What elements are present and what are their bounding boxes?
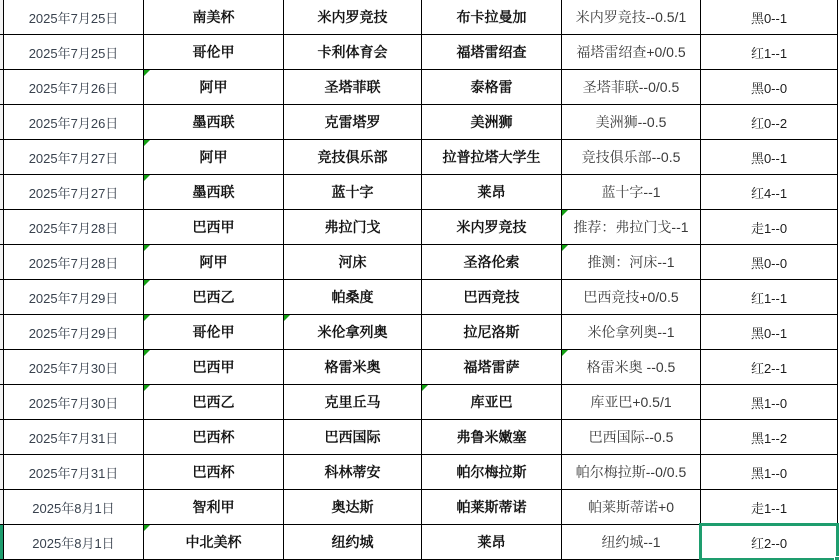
cell-home[interactable]: 卡利体育会 bbox=[284, 35, 422, 69]
cell-handicap[interactable]: 竞技俱乐部--0.5 bbox=[562, 140, 701, 174]
cell-date[interactable]: 2025年7月27日 bbox=[4, 140, 144, 174]
cell-date[interactable]: 2025年7月25日 bbox=[4, 0, 144, 34]
cell-home[interactable]: 弗拉门戈 bbox=[284, 210, 422, 244]
table-row: 2025年7月28日巴西甲弗拉门戈米内罗竞技推荐：弗拉门戈--1走1--0 bbox=[0, 210, 838, 245]
cell-away[interactable]: 帕尔梅拉斯 bbox=[422, 455, 562, 489]
cell-league[interactable]: 南美杯 bbox=[144, 0, 284, 34]
comment-marker-icon bbox=[562, 245, 568, 251]
cell-handicap[interactable]: 福塔雷绍查+0/0.5 bbox=[562, 35, 701, 69]
cell-league[interactable]: 巴西杯 bbox=[144, 420, 284, 454]
table-row: 2025年7月29日哥伦甲米伦拿列奥拉尼洛斯米伦拿列奥--1黑0--1 bbox=[0, 315, 838, 350]
cell-date[interactable]: 2025年7月30日 bbox=[4, 385, 144, 419]
cell-away[interactable]: 弗鲁米嫩塞 bbox=[422, 420, 562, 454]
cell-handicap[interactable]: 美洲狮--0.5 bbox=[562, 105, 701, 139]
comment-marker-icon bbox=[144, 175, 150, 181]
cell-home[interactable]: 科林蒂安 bbox=[284, 455, 422, 489]
table-row: 2025年7月27日阿甲竞技俱乐部拉普拉塔大学生竞技俱乐部--0.5黑0--1 bbox=[0, 140, 838, 175]
cell-handicap[interactable]: 格雷米奥 --0.5 bbox=[562, 350, 701, 384]
comment-marker-icon bbox=[144, 140, 150, 146]
cell-handicap[interactable]: 帕莱斯蒂诺+0 bbox=[562, 490, 701, 524]
cell-date[interactable]: 2025年7月25日 bbox=[4, 35, 144, 69]
cell-result[interactable]: 红4--1 bbox=[701, 175, 838, 209]
cell-result[interactable]: 红1--1 bbox=[701, 280, 838, 314]
table-row: 2025年7月30日巴西甲格雷米奥福塔雷萨格雷米奥 --0.5红2--1 bbox=[0, 350, 838, 385]
comment-marker-icon bbox=[422, 385, 428, 391]
cell-away[interactable]: 拉尼洛斯 bbox=[422, 315, 562, 349]
cell-league[interactable]: 阿甲 bbox=[144, 70, 284, 104]
cell-handicap[interactable]: 蓝十字--1 bbox=[562, 175, 701, 209]
table-row: 2025年8月1日中北美杯纽约城莱昂纽约城--1红2--0 bbox=[0, 525, 838, 560]
cell-league[interactable]: 智利甲 bbox=[144, 490, 284, 524]
cell-handicap[interactable]: 帕尔梅拉斯--0/0.5 bbox=[562, 455, 701, 489]
table-row: 2025年8月1日智利甲奥达斯帕莱斯蒂诺帕莱斯蒂诺+0走1--1 bbox=[0, 490, 838, 525]
cell-away[interactable]: 莱昂 bbox=[422, 525, 562, 559]
cell-result[interactable]: 红2--0 bbox=[701, 525, 838, 559]
table-row: 2025年7月25日哥伦甲卡利体育会福塔雷绍查福塔雷绍查+0/0.5红1--1 bbox=[0, 35, 838, 70]
cell-result[interactable]: 红1--1 bbox=[701, 35, 838, 69]
cell-date[interactable]: 2025年7月31日 bbox=[4, 455, 144, 489]
cell-result[interactable]: 黑0--1 bbox=[701, 0, 838, 34]
comment-marker-icon bbox=[144, 70, 150, 76]
cell-date[interactable]: 2025年8月1日 bbox=[4, 490, 144, 524]
cell-handicap[interactable]: 纽约城--1 bbox=[562, 525, 701, 559]
cell-handicap[interactable]: 巴西国际--0.5 bbox=[562, 420, 701, 454]
cell-away[interactable]: 泰格雷 bbox=[422, 70, 562, 104]
cell-away[interactable]: 福塔雷萨 bbox=[422, 350, 562, 384]
cell-result[interactable]: 黑0--0 bbox=[701, 245, 838, 279]
comment-marker-icon bbox=[284, 315, 290, 321]
cell-result[interactable]: 黑1--0 bbox=[701, 385, 838, 419]
cell-result[interactable]: 黑0--0 bbox=[701, 70, 838, 104]
cell-handicap[interactable]: 巴西竞技+0/0.5 bbox=[562, 280, 701, 314]
cell-league[interactable]: 巴西甲 bbox=[144, 350, 284, 384]
cell-result[interactable]: 走1--0 bbox=[701, 210, 838, 244]
table-row: 2025年7月25日南美杯米内罗竞技布卡拉曼加米内罗竞技--0.5/1黑0--1 bbox=[0, 0, 838, 35]
cell-result[interactable]: 黑0--1 bbox=[701, 140, 838, 174]
cell-handicap[interactable]: 米伦拿列奥--1 bbox=[562, 315, 701, 349]
cell-home[interactable]: 蓝十字 bbox=[284, 175, 422, 209]
table-row: 2025年7月29日巴西乙帕桑度巴西竞技巴西竞技+0/0.5红1--1 bbox=[0, 280, 838, 315]
active-cell-selection-border bbox=[699, 523, 839, 560]
cell-away[interactable]: 拉普拉塔大学生 bbox=[422, 140, 562, 174]
cell-home[interactable]: 奥达斯 bbox=[284, 490, 422, 524]
cell-date[interactable]: 2025年7月29日 bbox=[4, 280, 144, 314]
cell-home[interactable]: 河床 bbox=[284, 245, 422, 279]
cell-result[interactable]: 红0--2 bbox=[701, 105, 838, 139]
cell-date[interactable]: 2025年7月30日 bbox=[4, 350, 144, 384]
cell-away[interactable]: 巴西竞技 bbox=[422, 280, 562, 314]
cell-date[interactable]: 2025年7月28日 bbox=[4, 210, 144, 244]
cell-handicap[interactable]: 米内罗竞技--0.5/1 bbox=[562, 0, 701, 34]
cell-home[interactable]: 帕桑度 bbox=[284, 280, 422, 314]
cell-league[interactable]: 墨西联 bbox=[144, 175, 284, 209]
comment-marker-icon bbox=[562, 350, 568, 356]
table-row: 2025年7月31日巴西杯科林蒂安帕尔梅拉斯帕尔梅拉斯--0/0.5黑1--0 bbox=[0, 455, 838, 490]
cell-home[interactable]: 克里丘马 bbox=[284, 385, 422, 419]
cell-away[interactable]: 帕莱斯蒂诺 bbox=[422, 490, 562, 524]
fill-handle[interactable] bbox=[834, 556, 839, 560]
cell-home[interactable]: 米伦拿列奥 bbox=[284, 315, 422, 349]
cell-away[interactable]: 美洲狮 bbox=[422, 105, 562, 139]
comment-marker-icon bbox=[144, 385, 150, 391]
cell-result[interactable]: 走1--1 bbox=[701, 490, 838, 524]
cell-date[interactable]: 2025年7月26日 bbox=[4, 105, 144, 139]
cell-home[interactable]: 米内罗竞技 bbox=[284, 0, 422, 34]
comment-marker-icon bbox=[144, 280, 150, 286]
cell-league[interactable]: 阿甲 bbox=[144, 245, 284, 279]
cell-league[interactable]: 中北美杯 bbox=[144, 525, 284, 559]
cell-league[interactable]: 墨西联 bbox=[144, 105, 284, 139]
comment-marker-icon bbox=[144, 350, 150, 356]
cell-league[interactable]: 巴西杯 bbox=[144, 455, 284, 489]
cell-away[interactable]: 库亚巴 bbox=[422, 385, 562, 419]
cell-date[interactable]: 2025年7月26日 bbox=[4, 70, 144, 104]
spreadsheet-screen: 2025年7月25日南美杯米内罗竞技布卡拉曼加米内罗竞技--0.5/1黑0--1… bbox=[0, 0, 839, 560]
cell-home[interactable]: 格雷米奥 bbox=[284, 350, 422, 384]
table-row: 2025年7月26日阿甲圣塔菲联泰格雷圣塔菲联--0/0.5黑0--0 bbox=[0, 70, 838, 105]
cell-home[interactable]: 纽约城 bbox=[284, 525, 422, 559]
comment-marker-icon bbox=[144, 315, 150, 321]
cell-home[interactable]: 竞技俱乐部 bbox=[284, 140, 422, 174]
cell-result[interactable]: 黑1--0 bbox=[701, 455, 838, 489]
comment-marker-icon bbox=[144, 245, 150, 251]
cell-date[interactable]: 2025年7月29日 bbox=[4, 315, 144, 349]
cell-result[interactable]: 黑0--1 bbox=[701, 315, 838, 349]
table-row: 2025年7月30日巴西乙克里丘马库亚巴库亚巴+0.5/1黑1--0 bbox=[0, 385, 838, 420]
cell-league[interactable]: 哥伦甲 bbox=[144, 315, 284, 349]
cell-date[interactable]: 2025年7月27日 bbox=[4, 175, 144, 209]
cell-date[interactable]: 2025年8月1日 bbox=[4, 525, 144, 559]
cell-league[interactable]: 巴西乙 bbox=[144, 280, 284, 314]
comment-marker-icon bbox=[562, 210, 568, 216]
cell-away[interactable]: 莱昂 bbox=[422, 175, 562, 209]
table-row: 2025年7月26日墨西联克雷塔罗美洲狮美洲狮--0.5红0--2 bbox=[0, 105, 838, 140]
table-row: 2025年7月31日巴西杯巴西国际弗鲁米嫩塞巴西国际--0.5黑1--2 bbox=[0, 420, 838, 455]
cell-league[interactable]: 巴西甲 bbox=[144, 210, 284, 244]
cell-handicap[interactable]: 推荐：弗拉门戈--1 bbox=[562, 210, 701, 244]
table-row: 2025年7月27日墨西联蓝十字莱昂蓝十字--1红4--1 bbox=[0, 175, 838, 210]
cell-home[interactable]: 克雷塔罗 bbox=[284, 105, 422, 139]
cell-league[interactable]: 阿甲 bbox=[144, 140, 284, 174]
cell-result[interactable]: 红2--1 bbox=[701, 350, 838, 384]
match-table: 2025年7月25日南美杯米内罗竞技布卡拉曼加米内罗竞技--0.5/1黑0--1… bbox=[0, 0, 838, 560]
cell-away[interactable]: 圣洛伦索 bbox=[422, 245, 562, 279]
table-row: 2025年7月28日阿甲河床圣洛伦索推测：河床--1黑0--0 bbox=[0, 245, 838, 280]
cell-handicap[interactable]: 推测：河床--1 bbox=[562, 245, 701, 279]
cell-league[interactable]: 巴西乙 bbox=[144, 385, 284, 419]
cell-away[interactable]: 布卡拉曼加 bbox=[422, 0, 562, 34]
comment-marker-icon bbox=[144, 525, 150, 531]
cell-home[interactable]: 圣塔菲联 bbox=[284, 70, 422, 104]
cell-handicap[interactable]: 库亚巴+0.5/1 bbox=[562, 385, 701, 419]
cell-league[interactable]: 哥伦甲 bbox=[144, 35, 284, 69]
cell-date[interactable]: 2025年7月28日 bbox=[4, 245, 144, 279]
cell-away[interactable]: 米内罗竞技 bbox=[422, 210, 562, 244]
cell-home[interactable]: 巴西国际 bbox=[284, 420, 422, 454]
cell-away[interactable]: 福塔雷绍查 bbox=[422, 35, 562, 69]
cell-handicap[interactable]: 圣塔菲联--0/0.5 bbox=[562, 70, 701, 104]
cell-date[interactable]: 2025年7月31日 bbox=[4, 420, 144, 454]
cell-result[interactable]: 黑1--2 bbox=[701, 420, 838, 454]
